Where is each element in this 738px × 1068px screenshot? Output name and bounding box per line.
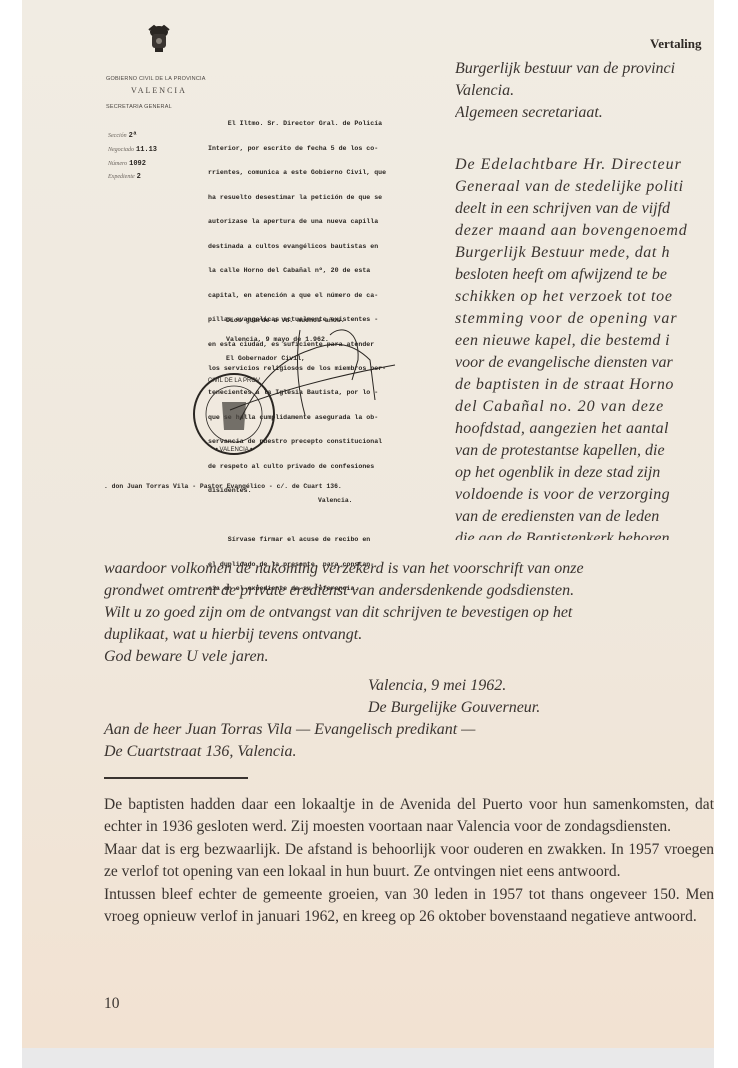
- page-bottom-edge: [22, 1048, 714, 1068]
- coat-of-arms-icon: [146, 24, 172, 54]
- page-number: 10: [104, 995, 120, 1013]
- translation-heading: Vertaling: [650, 36, 702, 52]
- meta-numero: Número1092: [108, 160, 146, 168]
- translation-signatory: De Burgelijke Gouverneur.: [368, 699, 540, 717]
- translation-line: waardoor volkomen de nakoming verzekerd …: [104, 560, 584, 578]
- translation-address: De Cuartstraat 136, Valencia.: [104, 743, 296, 761]
- meta-negociado: Negociado11.13: [108, 146, 157, 154]
- letter-addressee-city: Valencia.: [318, 497, 353, 504]
- translation-date: Valencia, 9 mei 1962.: [368, 677, 506, 695]
- commentary: De baptisten hadden daar een lokaaltje i…: [104, 794, 714, 928]
- translation-line: God beware U vele jaren.: [104, 648, 269, 666]
- footnote-divider: [104, 777, 248, 779]
- translation-addressee: Aan de heer Juan Torras Vila — Evangelis…: [104, 721, 475, 739]
- letterhead-city: VALENCIA: [131, 86, 187, 95]
- page-right-margin: [714, 0, 738, 1068]
- translation-line: grondwet omtrent de private eredienst va…: [104, 582, 574, 600]
- commentary-paragraph: Intussen bleef echter de gemeente groeie…: [104, 884, 714, 929]
- commentary-paragraph: Maar dat is erg bezwaarlijk. De afstand …: [104, 839, 714, 884]
- translation-line: Wilt u zo goed zijn om de ontvangst van …: [104, 604, 572, 622]
- svg-text:• VALENCIA •: • VALENCIA •: [216, 447, 252, 453]
- translation-column: Burgerlijk bestuur van de provinci Valen…: [455, 60, 714, 540]
- commentary-paragraph: De baptisten hadden daar een lokaaltje i…: [104, 794, 714, 839]
- translation-line: duplikaat, wat u hierbij tevens ontvangt…: [104, 626, 362, 644]
- letter-addressee: . don Juan Torras Vila - Pastor Evangéli…: [104, 483, 342, 490]
- meta-seccion: Sección2ª: [108, 132, 137, 140]
- meta-expediente: Expediente2: [108, 173, 141, 181]
- letterhead-authority: GOBIERNO CIVIL DE LA PROVINCIA: [106, 76, 206, 82]
- handwritten-signature: [220, 320, 400, 430]
- letterhead-department: SECRETARIA GENERAL: [106, 104, 172, 110]
